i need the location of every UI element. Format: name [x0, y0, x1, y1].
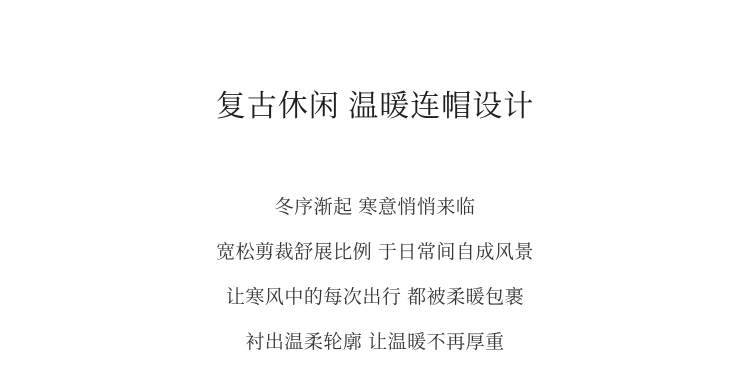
- banner-description: 冬序渐起 寒意悄悄来临 宽松剪裁舒展比例 于日常间自成风景 让寒风中的每次出行 …: [0, 185, 750, 365]
- product-detail-banner: 复古休闲 温暖连帽设计 冬序渐起 寒意悄悄来临 宽松剪裁舒展比例 于日常间自成风…: [0, 0, 750, 370]
- banner-title: 复古休闲 温暖连帽设计: [0, 91, 750, 123]
- description-line-3: 让寒风中的每次出行 都被柔暖包裹: [0, 275, 750, 320]
- description-line-1: 冬序渐起 寒意悄悄来临: [0, 185, 750, 230]
- description-line-4: 衬出温柔轮廓 让温暖不再厚重: [0, 320, 750, 365]
- description-line-2: 宽松剪裁舒展比例 于日常间自成风景: [0, 230, 750, 275]
